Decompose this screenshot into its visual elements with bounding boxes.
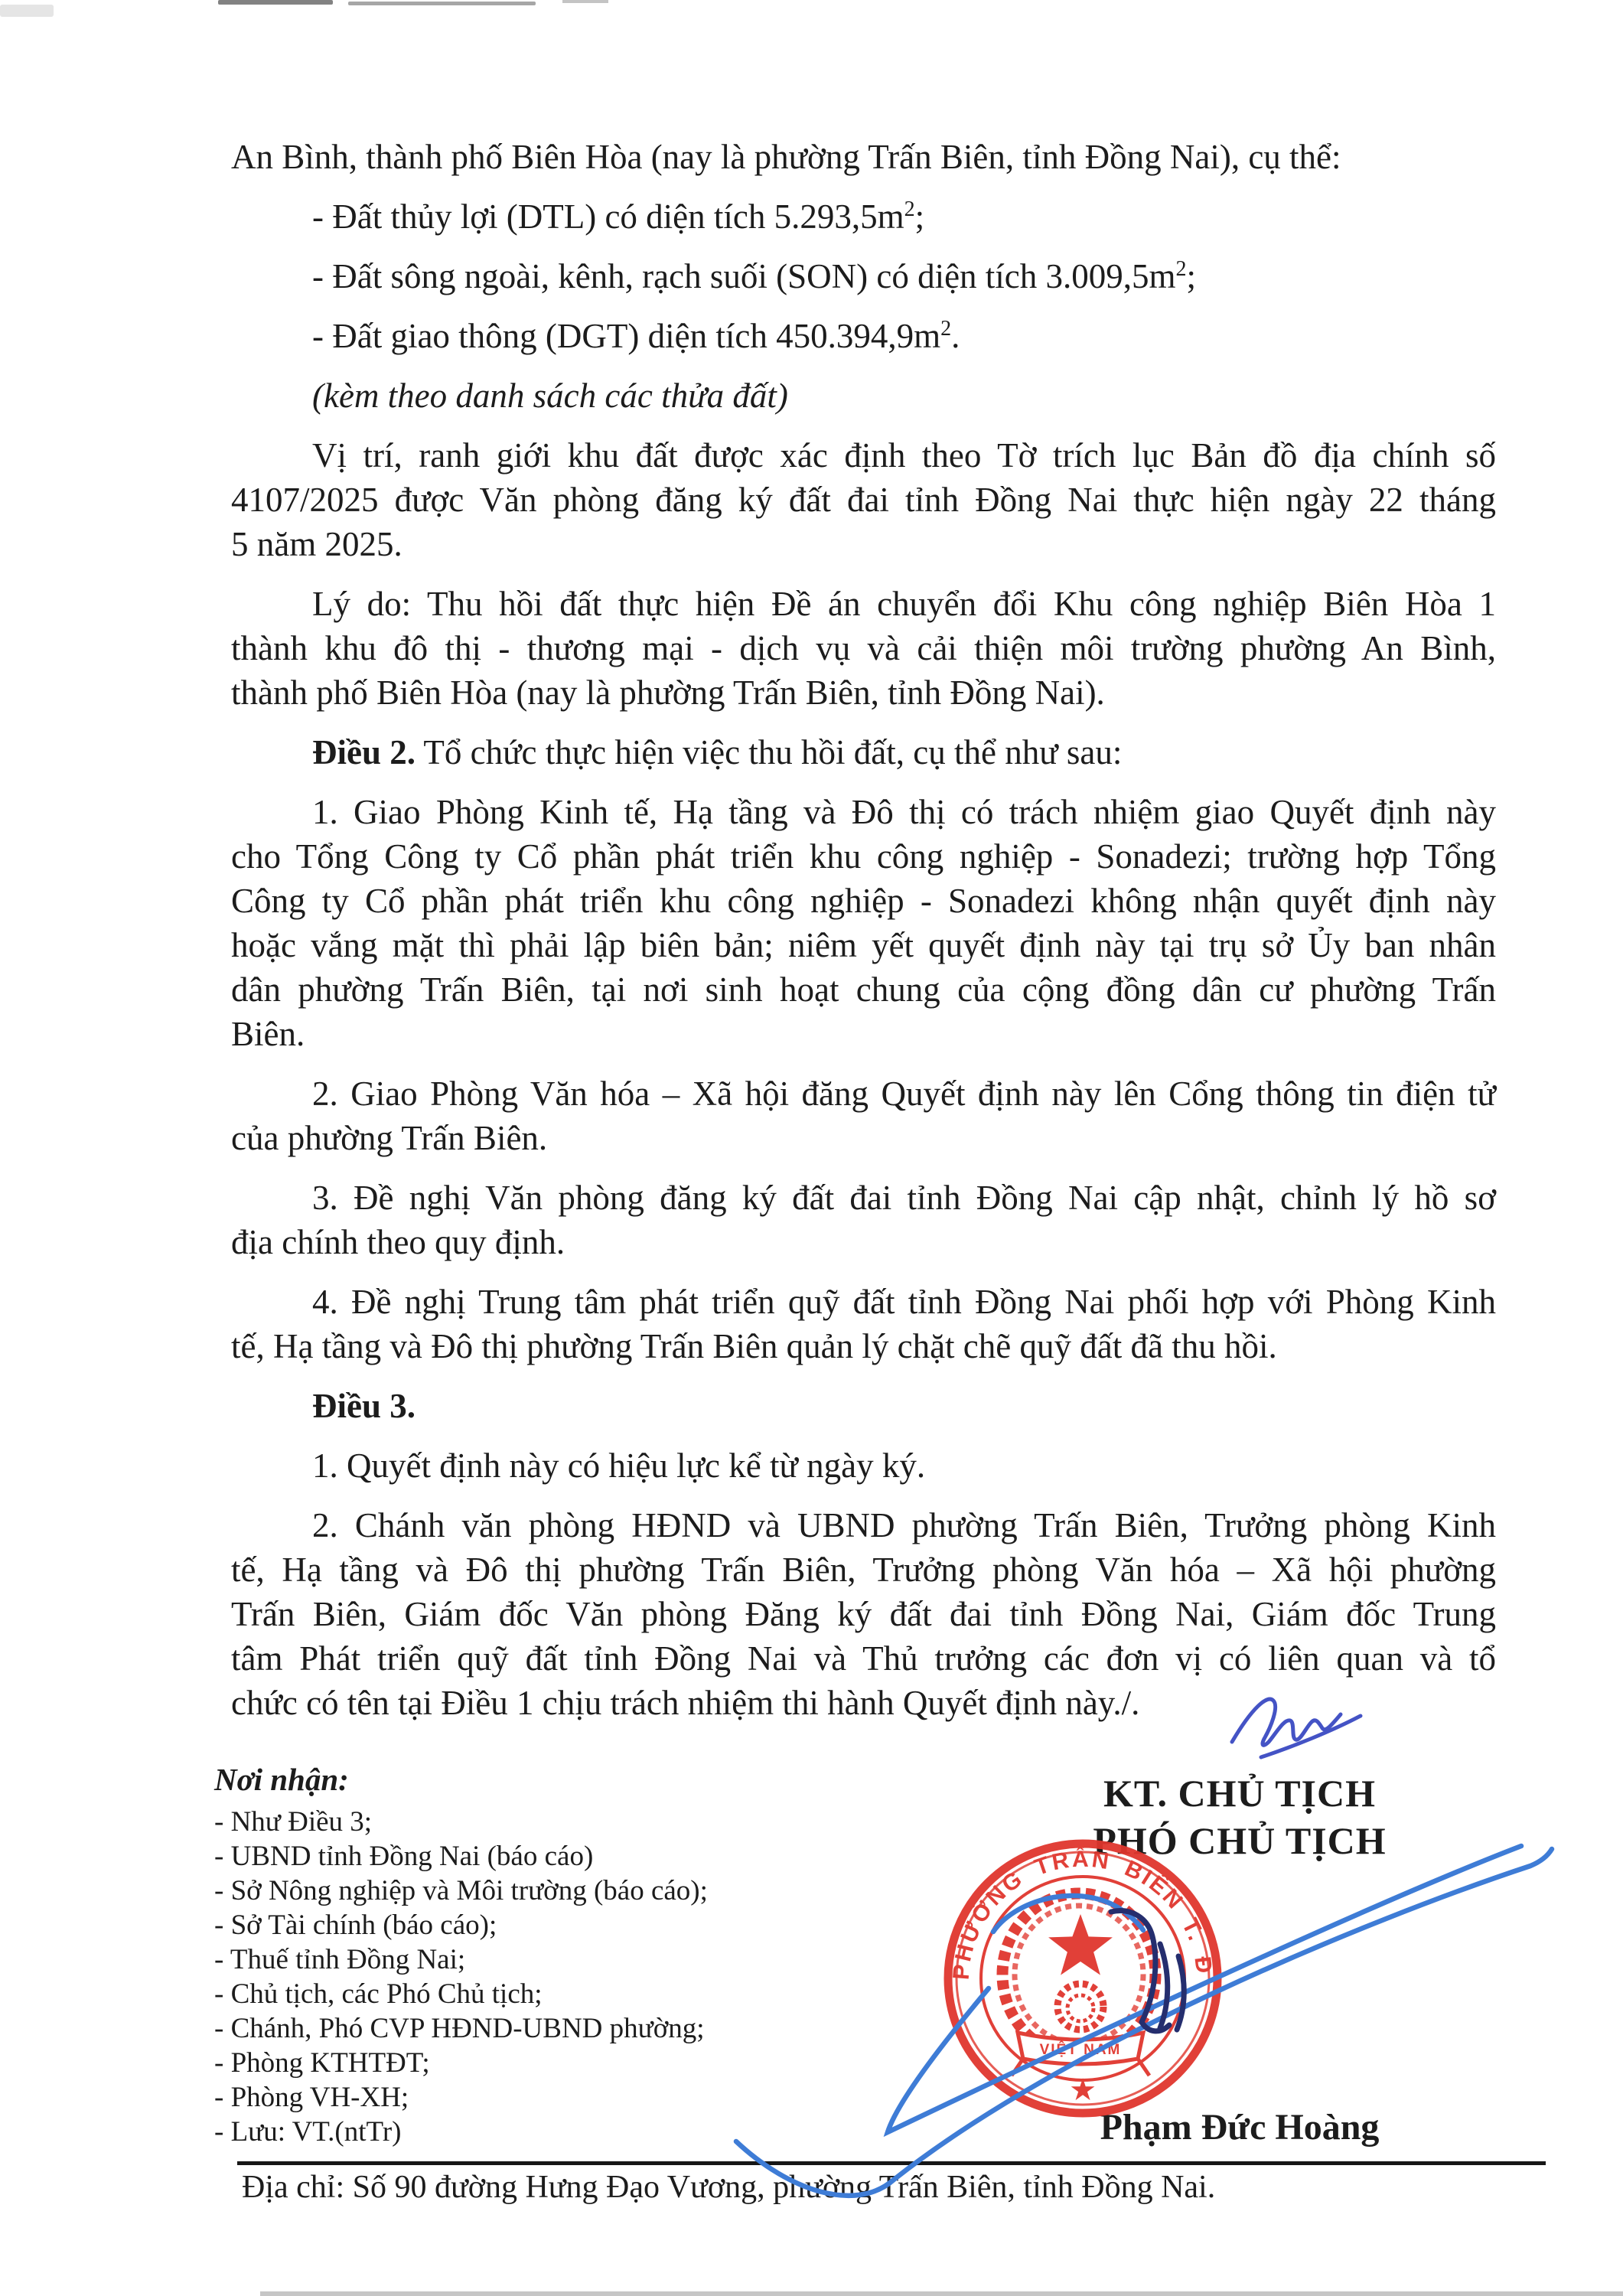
body-line: của phường Trấn Biên.	[231, 1116, 1496, 1160]
scan-artifact	[0, 5, 54, 17]
recipient-item: - Thuế tỉnh Đồng Nai;	[214, 1942, 949, 1977]
body-line: thành khu đô thị - thương mại - dịch vụ …	[231, 626, 1496, 670]
national-emblem-icon: VIỆT NAM	[1002, 1893, 1155, 2076]
document-body: An Bình, thành phố Biên Hòa (nay là phườ…	[231, 135, 1496, 1740]
paragraph: - Đất thủy lợi (DTL) có diện tích 5.293,…	[231, 194, 1496, 239]
body-line: 2. Giao Phòng Văn hóa – Xã hội đăng Quyế…	[231, 1071, 1496, 1116]
paragraph: Lý do: Thu hồi đất thực hiện Đề án chuyể…	[231, 582, 1496, 715]
paragraph: - Đất giao thông (DGT) diện tích 450.394…	[231, 314, 1496, 358]
recipient-item: - Sở Nông nghiệp và Môi trường (báo cáo)…	[214, 1874, 949, 1908]
signer-title-line1: KT. CHỦ TỊCH	[1010, 1769, 1469, 1817]
paragraph: 4. Đề nghị Trung tâm phát triển quỹ đất …	[231, 1280, 1496, 1368]
paragraph: Vị trí, ranh giới khu đất được xác định …	[231, 433, 1496, 566]
body-line: tâm Phát triển quỹ đất tỉnh Đồng Nai và …	[231, 1636, 1496, 1681]
body-line: 2. Chánh văn phòng HĐND và UBND phường T…	[231, 1503, 1496, 1548]
body-line: - Đất sông ngoài, kênh, rạch suối (SON) …	[231, 254, 1496, 298]
recipient-item: - Phòng VH-XH;	[214, 2080, 949, 2115]
signer-title-line2: PHÓ CHỦ TỊCH	[1010, 1817, 1469, 1864]
body-line: Điều 3.	[231, 1384, 1496, 1428]
body-line: An Bình, thành phố Biên Hòa (nay là phườ…	[231, 135, 1496, 179]
footer-divider	[237, 2161, 1546, 2165]
body-line: dân phường Trấn Biên, tại nơi sinh hoạt …	[231, 967, 1496, 1012]
recipient-item: - Sở Tài chính (báo cáo);	[214, 1908, 949, 1942]
paragraph: 2. Giao Phòng Văn hóa – Xã hội đăng Quyế…	[231, 1071, 1496, 1160]
body-line: địa chính theo quy định.	[231, 1220, 1496, 1264]
scan-artifact	[562, 0, 608, 3]
recipients-label: Nơi nhận:	[214, 1760, 949, 1799]
body-line: Vị trí, ranh giới khu đất được xác định …	[231, 433, 1496, 478]
recipient-item: - Lưu: VT.(ntTr)	[214, 2115, 949, 2149]
emblem-banner	[1018, 2033, 1143, 2064]
paragraph: 2. Chánh văn phòng HĐND và UBND phường T…	[231, 1503, 1496, 1725]
recipient-item: - Như Điều 3;	[214, 1805, 949, 1839]
signer-name: Phạm Đức Hoàng	[1010, 2106, 1469, 2148]
body-line: (kèm theo danh sách các thửa đất)	[231, 373, 1496, 418]
body-line: 3. Đề nghị Văn phòng đăng ký đất đai tỉn…	[231, 1176, 1496, 1220]
body-line: Lý do: Thu hồi đất thực hiện Đề án chuyể…	[231, 582, 1496, 626]
recipient-item: - Chủ tịch, các Phó Chủ tịch;	[214, 1977, 949, 2011]
recipient-item: - UBND tỉnh Đồng Nai (báo cáo)	[214, 1839, 949, 1874]
scan-artifact	[260, 2291, 1623, 2296]
body-line: thành phố Biên Hòa (nay là phường Trấn B…	[231, 670, 1496, 715]
body-line: Điều 2. Tổ chức thực hiện việc thu hồi đ…	[231, 730, 1496, 775]
body-line: - Đất giao thông (DGT) diện tích 450.394…	[231, 314, 1496, 358]
recipients-list: - Như Điều 3;- UBND tỉnh Đồng Nai (báo c…	[214, 1805, 949, 2149]
recipient-item: - Chánh, Phó CVP HĐND-UBND phường;	[214, 2011, 949, 2046]
body-line: Trấn Biên, Giám đốc Văn phòng Đăng ký đấ…	[231, 1592, 1496, 1636]
paragraph: An Bình, thành phố Biên Hòa (nay là phườ…	[231, 135, 1496, 179]
emblem-star-icon	[1048, 1914, 1113, 1975]
emblem-banner-text: VIỆT NAM	[1040, 2041, 1122, 2058]
paragraph: 3. Đề nghị Văn phòng đăng ký đất đai tỉn…	[231, 1176, 1496, 1264]
body-line: 4107/2025 được Văn phòng đăng ký đất đai…	[231, 478, 1496, 522]
body-line: tế, Hạ tầng và Đô thị phường Trấn Biên, …	[231, 1548, 1496, 1592]
paragraph: - Đất sông ngoài, kênh, rạch suối (SON) …	[231, 254, 1496, 298]
recipients-block: Nơi nhận: - Như Điều 3;- UBND tỉnh Đồng …	[214, 1760, 949, 2149]
body-line: - Đất thủy lợi (DTL) có diện tích 5.293,…	[231, 194, 1496, 239]
body-line: tế, Hạ tầng và Đô thị phường Trấn Biên q…	[231, 1324, 1496, 1368]
stamp-bottom-star: ★	[1069, 2073, 1097, 2107]
body-line: Công ty Cổ phần phát triển khu công nghi…	[231, 879, 1496, 923]
paragraph: Điều 2. Tổ chức thực hiện việc thu hồi đ…	[231, 730, 1496, 775]
emblem-gear-icon	[1058, 1984, 1103, 2030]
body-line: 4. Đề nghị Trung tâm phát triển quỹ đất …	[231, 1280, 1496, 1324]
paragraph: 1. Quyết định này có hiệu lực kể từ ngày…	[231, 1443, 1496, 1488]
paragraph: 1. Giao Phòng Kinh tế, Hạ tầng và Đô thị…	[231, 790, 1496, 1056]
body-line: cho Tổng Công ty Cổ phần phát triển khu …	[231, 834, 1496, 879]
footer-address: Địa chỉ: Số 90 đường Hưng Đạo Vương, phư…	[242, 2168, 1558, 2206]
paragraph: Điều 3.	[231, 1384, 1496, 1428]
body-line: hoặc vắng mặt thì phải lập biên bản; niê…	[231, 923, 1496, 967]
body-line: 5 năm 2025.	[231, 522, 1496, 566]
paragraph: (kèm theo danh sách các thửa đất)	[231, 373, 1496, 418]
scan-artifact	[348, 2, 536, 5]
signature-squiggle	[1111, 1911, 1184, 2031]
document-page: An Bình, thành phố Biên Hòa (nay là phườ…	[0, 0, 1623, 2296]
signer-title-block: KT. CHỦ TỊCH PHÓ CHỦ TỊCH	[1010, 1769, 1469, 1864]
recipient-item: - Phòng KTHTĐT;	[214, 2046, 949, 2080]
body-line: 1. Quyết định này có hiệu lực kể từ ngày…	[231, 1443, 1496, 1488]
body-line: Biên.	[231, 1012, 1496, 1056]
body-line: 1. Giao Phòng Kinh tế, Hạ tầng và Đô thị…	[231, 790, 1496, 834]
scan-artifact	[218, 0, 333, 5]
body-line: chức có tên tại Điều 1 chịu trách nhiệm …	[231, 1681, 1496, 1725]
